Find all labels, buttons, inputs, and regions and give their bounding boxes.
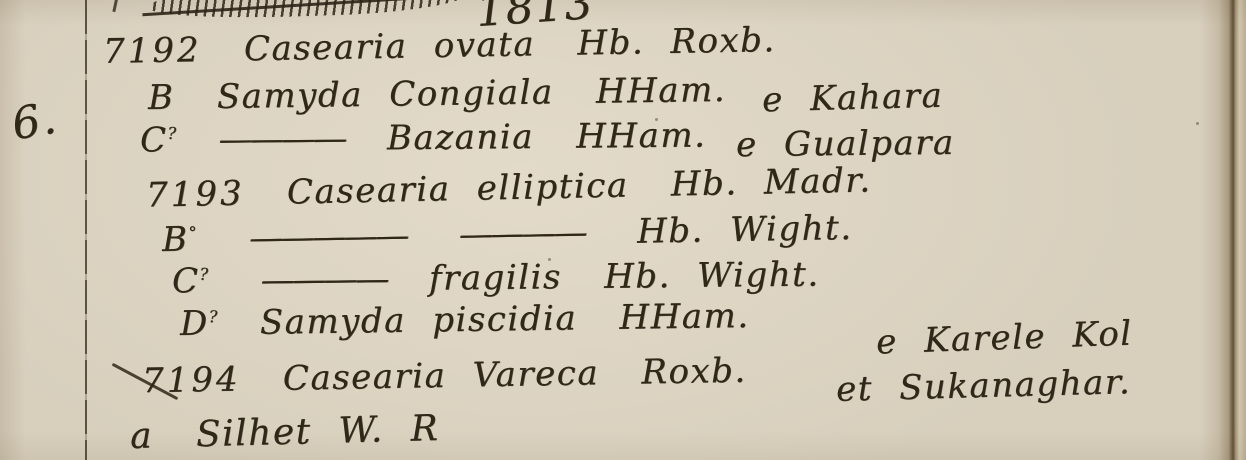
entry-7192: 7192 Casearia ovata Hb. Roxb. [103, 20, 776, 72]
query-mark: ? [199, 265, 208, 284]
herbarium-ref: Hb. Madr. [670, 160, 872, 204]
ditto-dash: ————— [249, 216, 407, 259]
subentry-letter: B [148, 78, 175, 118]
locality-note: e Kahara [762, 76, 944, 121]
subentry-7193-d: D? Samyda piscidia HHam. [180, 296, 750, 344]
subentry-letter: C [172, 261, 200, 301]
species-name: Casearia elliptica [286, 165, 628, 212]
subentry-letter: D [180, 304, 209, 344]
entry-7193: 7193 Casearia elliptica Hb. Madr. [146, 160, 872, 215]
subentry-letter: B [162, 220, 189, 260]
locality-note-continued: et Sukanaghar. [836, 362, 1132, 410]
subentry-7194-a: a Silhet W. R [130, 408, 440, 457]
herbarium-ref: HHam. [596, 70, 727, 112]
species-name: Casearia ovata [244, 24, 536, 69]
herbarium-ref: Roxb. [641, 351, 747, 393]
species-name: fragilis [429, 257, 562, 298]
herbarium-ref: HHam. [619, 296, 750, 338]
subentry-7193-b: B° ————— ———— Hb. Wight. [162, 208, 853, 260]
locality-note: e Gualpara [736, 123, 955, 165]
subentry-7193-c: C? ———— fragilis Hb. Wight. [172, 255, 820, 302]
subentry-letter: a [130, 415, 154, 457]
struck-out-word [150, 0, 469, 22]
cut-off-stroke [112, 0, 118, 12]
paper-speck [1196, 122, 1199, 125]
entry-number: 7192 [103, 30, 202, 72]
species-name: Samyda piscidia [260, 298, 578, 342]
margin-rule-line [85, 0, 87, 460]
subentry-7192-b: B Samyda Congiala HHam. [148, 70, 727, 118]
ditto-dash: ———— [218, 119, 344, 160]
degree-mark: ° [188, 223, 196, 242]
entry-number: 7194 [142, 360, 241, 402]
subentry-letter: C [140, 120, 168, 160]
page-edge-shadow [1200, 0, 1246, 460]
subentry-7192-c: C? ———— Bazania HHam. [140, 116, 707, 161]
query-mark: ? [167, 124, 176, 143]
herbarium-ref: HHam. [576, 116, 706, 157]
species-name: Bazania [387, 117, 534, 158]
manuscript-page: 6. 1813 7192 Casearia ovata Hb. Roxb. B … [0, 0, 1246, 460]
species-name: Samyda Congiala [217, 72, 554, 117]
entry-number: 7193 [146, 174, 245, 216]
species-name: Casearia Vareca [283, 353, 600, 399]
locality-note: e Karele Kol [875, 314, 1133, 363]
herbarium-ref: Hb. Wight. [604, 255, 820, 297]
ditto-dash: ———— [260, 259, 386, 300]
locality-collector: Silhet W. R [195, 408, 439, 455]
ditto-dash: ———— [458, 213, 585, 255]
herbarium-ref: Hb. Roxb. [577, 20, 776, 63]
query-mark: ? [209, 307, 218, 326]
margin-note: 6. [8, 92, 61, 150]
herbarium-ref: Hb. Wight. [637, 208, 853, 252]
entry-7194: 7194 Casearia Vareca Roxb. [142, 351, 747, 402]
